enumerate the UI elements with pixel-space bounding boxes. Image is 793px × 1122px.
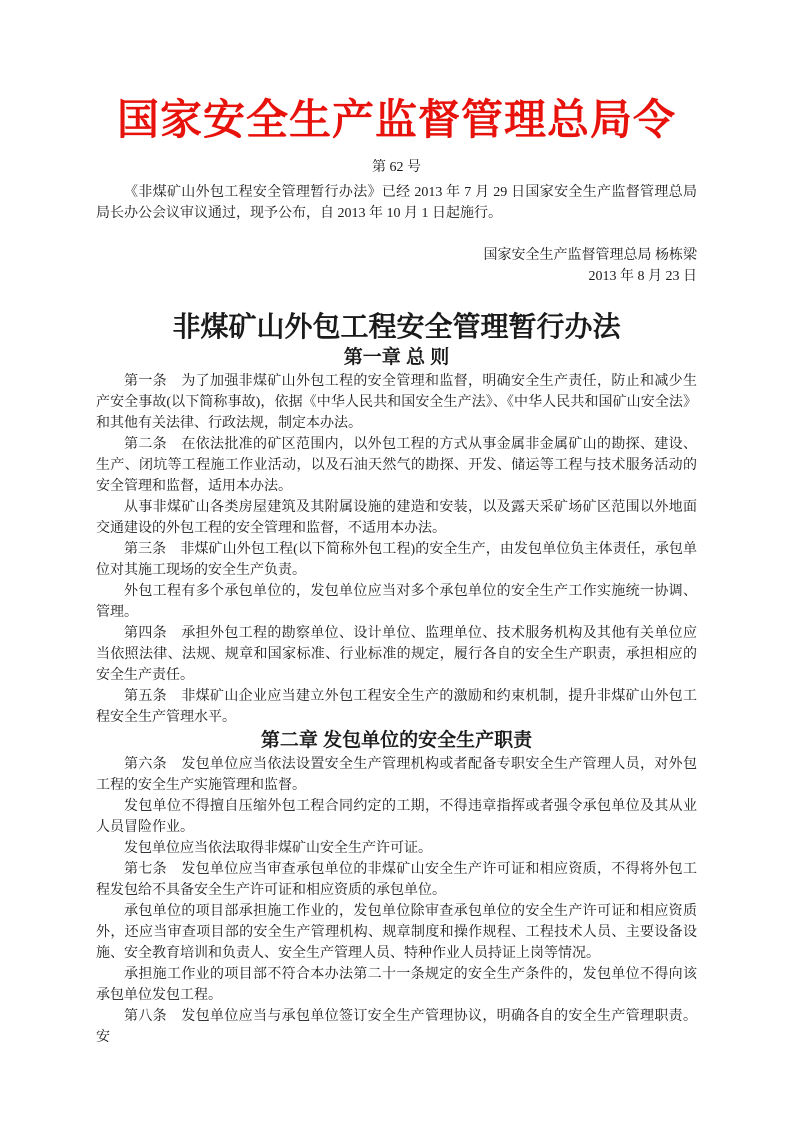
body-paragraph: 第一条 为了加强非煤矿山外包工程的安全管理和监督，明确安全生产责任，防止和减少生… (96, 371, 697, 434)
body-paragraph: 从事非煤矿山各类房屋建筑及其附属设施的建造和安装，以及露天采矿场矿区范围以外地面… (96, 497, 697, 539)
body-paragraph: 第三条 非煤矿山外包工程(以下简称外包工程)的安全生产，由发包单位负主体责任，承… (96, 539, 697, 581)
body-paragraph: 第六条 发包单位应当依法设置安全生产管理机构或者配备专职安全生产管理人员，对外包… (96, 754, 697, 796)
regulation-title: 非煤矿山外包工程安全管理暂行办法 (96, 309, 697, 345)
body-paragraph: 承包单位的项目部承担施工作业的，发包单位除审查承包单位的安全生产许可证和相应资质… (96, 901, 697, 964)
body-paragraph: 第七条 发包单位应当审查承包单位的非煤矿山安全生产许可证和相应资质，不得将外包工… (96, 859, 697, 901)
order-number: 第 62 号 (96, 157, 697, 178)
body-paragraph: 承担施工作业的项目部不符合本办法第二十一条规定的安全生产条件的，发包单位不得向该… (96, 964, 697, 1006)
body-paragraph: 第二条 在依法批准的矿区范围内，以外包工程的方式从事金属非金属矿山的勘探、建设、… (96, 434, 697, 497)
body-paragraph: 第四条 承担外包工程的勘察单位、设计单位、监理单位、技术服务机构及其他有关单位应… (96, 623, 697, 686)
body-paragraph: 外包工程有多个承包单位的，发包单位应当对多个承包单位的安全生产工作实施统一协调、… (96, 581, 697, 623)
document-page: 国家安全生产监督管理总局令 第 62 号 《非煤矿山外包工程安全管理暂行办法》已… (0, 0, 793, 1122)
regulation-body: 第一章 总 则第一条 为了加强非煤矿山外包工程的安全管理和监督，明确安全生产责任… (96, 345, 697, 1048)
announcement-paragraph: 《非煤矿山外包工程安全管理暂行办法》已经 2013 年 7 月 29 日国家安全… (96, 182, 697, 224)
body-paragraph: 发包单位应当依法取得非煤矿山安全生产许可证。 (96, 838, 697, 859)
agency-order-title: 国家安全生产监督管理总局令 (96, 95, 697, 147)
chapter-heading: 第二章 发包单位的安全生产职责 (96, 728, 697, 754)
sign-date: 2013 年 8 月 23 日 (96, 266, 697, 287)
body-paragraph: 发包单位不得擅自压缩外包工程合同约定的工期，不得违章指挥或者强令承包单位及其从业… (96, 796, 697, 838)
body-paragraph: 第五条 非煤矿山企业应当建立外包工程安全生产的激励和约束机制，提升非煤矿山外包工… (96, 686, 697, 728)
body-paragraph: 第八条 发包单位应当与承包单位签订安全生产管理协议，明确各自的安全生产管理职责。… (96, 1006, 697, 1048)
chapter-heading: 第一章 总 则 (96, 345, 697, 371)
signer-line: 国家安全生产监督管理总局 杨栋梁 (96, 245, 697, 266)
